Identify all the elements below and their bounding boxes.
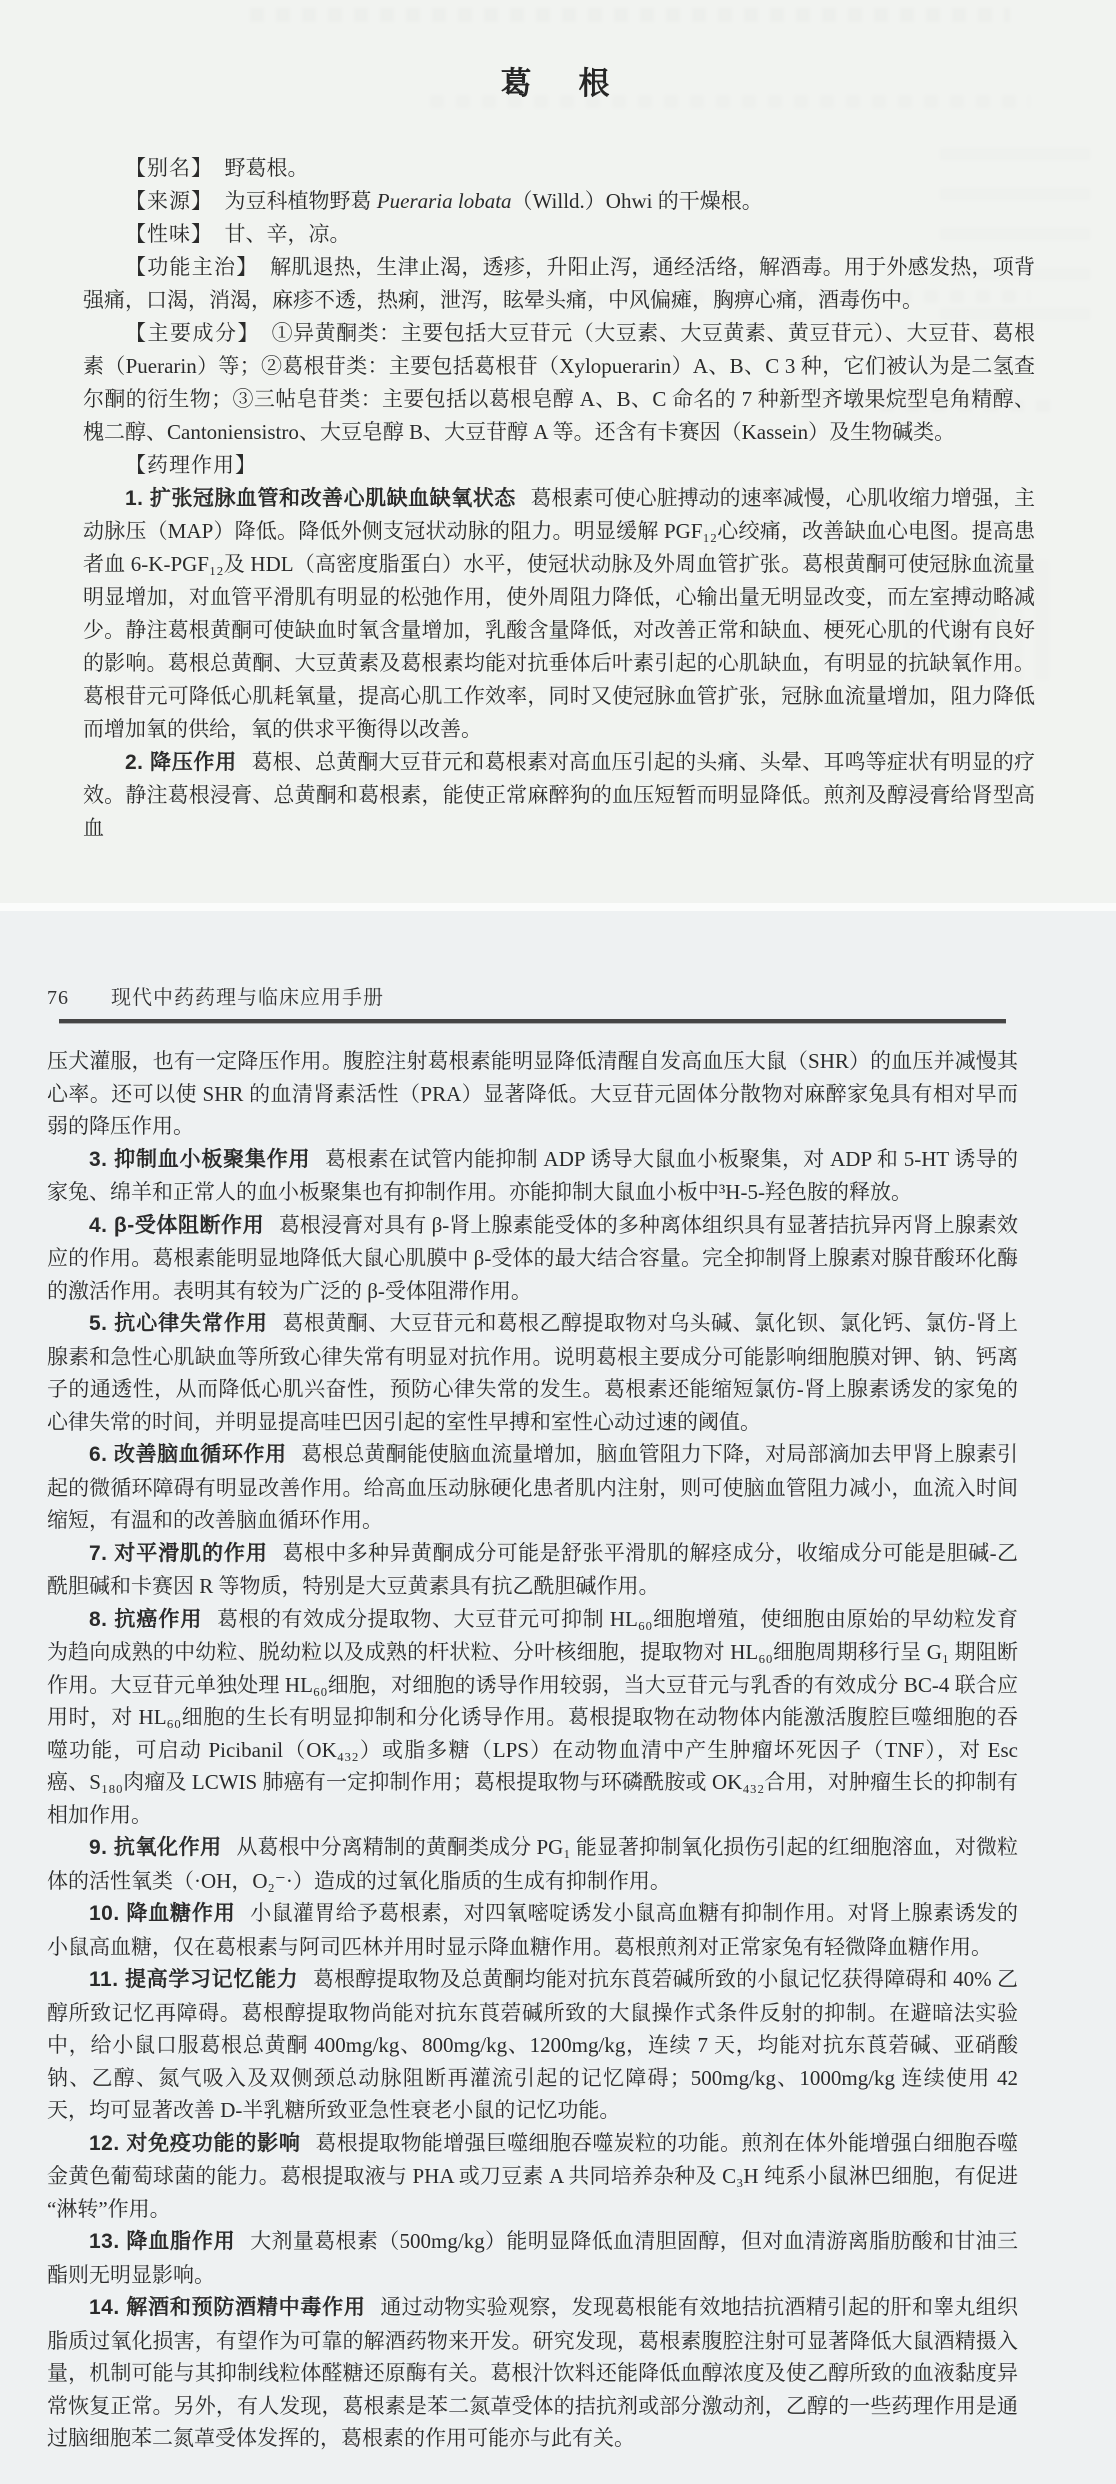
entry-main-constituents: 【主要成分】①异黄酮类：主要包括大豆苷元（大豆素、大豆黄素、黄豆苷元）、大豆苷、…: [83, 317, 1035, 449]
page-76: 76现代中药药理与临床应用手册 压犬灌服，也有一定降压作用。腹腔注射葛根素能明显…: [0, 911, 1116, 2484]
section-heading: 6. 改善脑血循环作用: [89, 1443, 287, 1466]
section-heading: 12. 对免疫功能的影响: [89, 2132, 301, 2155]
section-11-paragraph: 11. 提高学习记忆能力葛根醇提取物及总黄酮均能对抗东莨菪碱所致的小鼠记忆获得障…: [47, 1963, 1018, 2127]
entry-label: 【来源】: [125, 189, 213, 213]
book-title: 现代中药药理与临床应用手册: [111, 987, 384, 1009]
section-heading: 4. β-受体阻断作用: [89, 1214, 264, 1237]
entry-functions-indications: 【功能主治】解肌退热，生津止渴，透疹，升阳止泻，通经活络，解酒毒。用于外感发热，…: [83, 251, 1035, 317]
entry-property-flavor: 【性味】甘、辛，凉。: [83, 218, 1035, 251]
entry-text: 甘、辛，凉。: [225, 222, 351, 246]
page-number: 76: [47, 987, 69, 1010]
section-body: 葛根的有效成分提取物、大豆苷元可抑制 HL₆₀细胞增殖，使细胞由原始的早幼粒发育…: [47, 1607, 1018, 1827]
section-heading: 5. 抗心律失常作用: [89, 1312, 268, 1335]
entry-label: 【性味】: [125, 222, 213, 246]
section-4-paragraph: 4. β-受体阻断作用葛根浸膏对具有 β-肾上腺素能受体的多种离体组织具有显著拮…: [47, 1209, 1018, 1308]
section-10-paragraph: 10. 降血糖作用小鼠灌胃给予葛根素，对四氧嘧啶诱发小鼠高血糖有抑制作用。对肾上…: [47, 1897, 1018, 1963]
section-5-paragraph: 5. 抗心律失常作用葛根黄酮、大豆苷元和葛根乙醇提取物对乌头碱、氯化钡、氯化钙、…: [47, 1307, 1018, 1438]
section-1-paragraph: 1. 扩张冠脉血管和改善心肌缺血缺氧状态葛根素可使心脏搏动的速率减慢，心肌收缩力…: [83, 482, 1035, 746]
section-heading: 10. 降血糖作用: [89, 1902, 236, 1925]
section-6-paragraph: 6. 改善脑血循环作用葛根总黄酮能使脑血流量增加，脑血管阻力下降，对局部滴加去甲…: [47, 1438, 1018, 1537]
monograph-page: 葛 根 【别名】野葛根。 【来源】为豆科植物野葛 Pueraria lobata…: [0, 0, 1116, 903]
header-rule: [59, 1019, 1006, 1023]
section-heading: 11. 提高学习记忆能力: [89, 1968, 298, 1991]
continuation-paragraph: 压犬灌服，也有一定降压作用。腹腔注射葛根素能明显降低清醒自发高血压大鼠（SHR）…: [47, 1045, 1018, 1143]
page-separator: [0, 903, 1116, 911]
latin-binomial: Pueraria lobata: [377, 189, 512, 213]
section-3-paragraph: 3. 抑制血小板聚集作用葛根素在试管内能抑制 ADP 诱导大鼠血小板聚集，对 A…: [47, 1143, 1018, 1209]
entry-text: 为豆科植物野葛: [225, 189, 377, 213]
page1-body: 【别名】野葛根。 【来源】为豆科植物野葛 Pueraria lobata（Wil…: [83, 152, 1035, 845]
section-12-paragraph: 12. 对免疫功能的影响葛根提取物能增强巨噬细胞吞噬炭粒的功能。煎剂在体外能增强…: [47, 2127, 1018, 2226]
entry-pharmacology-label: 【药理作用】: [83, 449, 1035, 482]
section-heading: 8. 抗癌作用: [89, 1608, 202, 1631]
entry-label: 【主要成分】: [125, 321, 260, 345]
section-heading: 14. 解酒和预防酒精中毒作用: [89, 2296, 366, 2319]
section-2-paragraph: 2. 降压作用葛根、总黄酮大豆苷元和葛根素对高血压引起的头痛、头晕、耳鸣等症状有…: [83, 746, 1035, 845]
page-title: 葛 根: [83, 0, 1035, 102]
section-body: 葛根素可使心脏搏动的速率减慢，心肌收缩力增强，主动脉压（MAP）降低。降低外侧支…: [83, 486, 1035, 741]
section-heading: 13. 降血脂作用: [89, 2230, 236, 2253]
section-13-paragraph: 13. 降血脂作用大剂量葛根素（500mg/kg）能明显降低血清胆固醇，但对血清…: [47, 2225, 1018, 2291]
page2-body: 压犬灌服，也有一定降压作用。腹腔注射葛根素能明显降低清醒自发高血压大鼠（SHR）…: [47, 1045, 1018, 2455]
entry-label: 【别名】: [125, 156, 213, 180]
entry-text: （Willd.）Ohwi 的干燥根。: [512, 189, 763, 213]
entry-label: 【药理作用】: [125, 453, 257, 477]
section-heading: 2. 降压作用: [125, 751, 237, 774]
entry-text: 野葛根。: [225, 156, 309, 180]
section-heading: 3. 抑制血小板聚集作用: [89, 1148, 310, 1171]
section-8-paragraph: 8. 抗癌作用葛根的有效成分提取物、大豆苷元可抑制 HL₆₀细胞增殖，使细胞由原…: [47, 1603, 1018, 1832]
section-9-paragraph: 9. 抗氧化作用从葛根中分离精制的黄酮类成分 PG₁ 能显著抑制氧化损伤引起的红…: [47, 1831, 1018, 1897]
scanned-document: 葛 根 【别名】野葛根。 【来源】为豆科植物野葛 Pueraria lobata…: [0, 0, 1116, 2484]
entry-source: 【来源】为豆科植物野葛 Pueraria lobata（Willd.）Ohwi …: [83, 185, 1035, 218]
running-header: 76现代中药药理与临床应用手册: [47, 911, 1018, 1010]
entry-alias: 【别名】野葛根。: [83, 152, 1035, 185]
section-14-paragraph: 14. 解酒和预防酒精中毒作用通过动物实验观察，发现葛根能有效地拮抗酒精引起的肝…: [47, 2291, 1018, 2455]
entry-label: 【功能主治】: [125, 255, 259, 279]
section-7-paragraph: 7. 对平滑肌的作用葛根中多种异黄酮成分可能是舒张平滑肌的解痉成分，收缩成分可能…: [47, 1537, 1018, 1603]
section-heading: 9. 抗氧化作用: [89, 1836, 222, 1859]
section-heading: 7. 对平滑肌的作用: [89, 1542, 268, 1565]
section-heading: 1. 扩张冠脉血管和改善心肌缺血缺氧状态: [125, 487, 516, 510]
